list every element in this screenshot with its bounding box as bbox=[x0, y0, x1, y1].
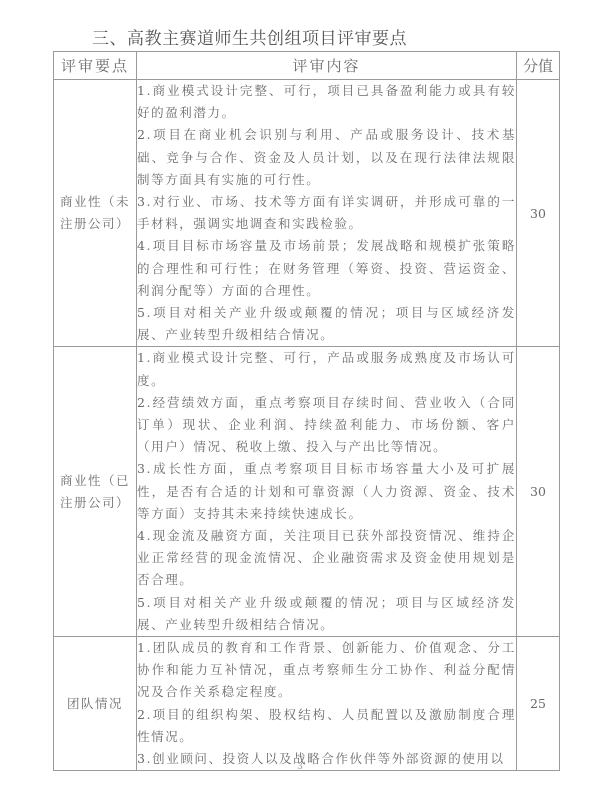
content-item: 1.商业模式设计完整、可行，项目已具备盈利能力或具有较好的盈利潜力。 bbox=[137, 80, 516, 124]
content-item: 4.项目目标市场容量及市场前景；发展战略和规模扩张策略的合理性和可行性；在财务管… bbox=[137, 235, 516, 302]
content-item: 5.项目对相关产业升级或颠覆的情况；项目与区域经济发展、产业转型升级相结合情况。 bbox=[137, 592, 516, 636]
criterion-cell: 团队情况 bbox=[54, 637, 137, 771]
content-item: 2.项目的组织构架、股权结构、人员配置以及激励制度合理性情况。 bbox=[137, 704, 516, 748]
criterion-cell: 商业性（未注册公司） bbox=[54, 80, 137, 347]
score-cell: 25 bbox=[517, 637, 560, 771]
content-item: 3.成长性方面，重点考察项目目标市场容量大小及可扩展性，是否有合适的计划和可靠资… bbox=[137, 458, 516, 525]
content-item: 2.项目在商业机会识别与利用、产品或服务设计、技术基础、竞争与合作、资金及人员计… bbox=[137, 124, 516, 191]
page-number: 3 bbox=[0, 762, 600, 772]
content-item: 5.项目对相关产业升级或颠覆的情况；项目与区域经济发展、产业转型升级相结合情况。 bbox=[137, 302, 516, 346]
section-title: 三、高教主赛道师生共创组项目评审要点 bbox=[92, 24, 407, 49]
content-item: 2.经营绩效方面，重点考察项目存续时间、营业收入（合同订单）现状、企业利润、持续… bbox=[137, 392, 516, 459]
content-cell: 1.商业模式设计完整、可行，产品或服务成熟度及市场认可度。 2.经营绩效方面，重… bbox=[137, 347, 517, 637]
table-row: 团队情况 1.团队成员的教育和工作背景、创新能力、价值观念、分工协作和能力互补情… bbox=[54, 637, 560, 771]
table-row: 商业性（已注册公司） 1.商业模式设计完整、可行，产品或服务成熟度及市场认可度。… bbox=[54, 347, 560, 637]
content-item: 4.现金流及融资方面，关注项目已获外部投资情况、维持企业正常经营的现金流情况、企… bbox=[137, 525, 516, 592]
criterion-cell: 商业性（已注册公司） bbox=[54, 347, 137, 637]
header-criterion: 评审要点 bbox=[54, 52, 137, 80]
header-content: 评审内容 bbox=[137, 52, 517, 80]
header-score: 分值 bbox=[517, 52, 560, 80]
content-item: 1.团队成员的教育和工作背景、创新能力、价值观念、分工协作和能力互补情况，重点考… bbox=[137, 637, 516, 704]
table-header-row: 评审要点 评审内容 分值 bbox=[54, 52, 560, 80]
table-row: 商业性（未注册公司） 1.商业模式设计完整、可行，项目已具备盈利能力或具有较好的… bbox=[54, 80, 560, 347]
content-cell: 1.团队成员的教育和工作背景、创新能力、价值观念、分工协作和能力互补情况，重点考… bbox=[137, 637, 517, 771]
evaluation-table: 评审要点 评审内容 分值 商业性（未注册公司） 1.商业模式设计完整、可行，项目… bbox=[53, 51, 560, 771]
score-cell: 30 bbox=[517, 80, 560, 347]
score-cell: 30 bbox=[517, 347, 560, 637]
content-item: 1.商业模式设计完整、可行，产品或服务成熟度及市场认可度。 bbox=[137, 347, 516, 391]
content-cell: 1.商业模式设计完整、可行，项目已具备盈利能力或具有较好的盈利潜力。 2.项目在… bbox=[137, 80, 517, 347]
content-item: 3.对行业、市场、技术等方面有详实调研，并形成可靠的一手材料，强调实地调查和实践… bbox=[137, 191, 516, 235]
